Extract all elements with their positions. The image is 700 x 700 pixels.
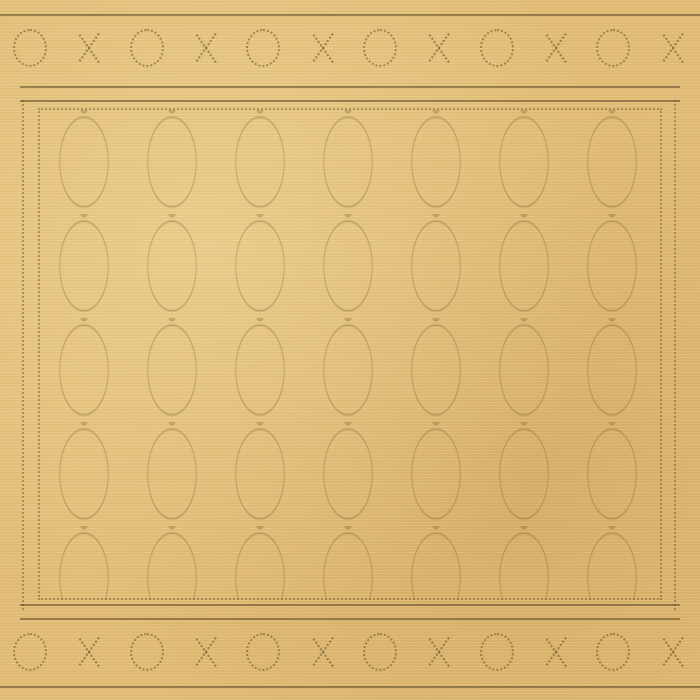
- cross-motif: [73, 635, 103, 669]
- inner-field: [38, 108, 662, 600]
- border-motif-row: [0, 26, 700, 70]
- oval-motif: [13, 633, 47, 671]
- oval-motif: [480, 633, 514, 671]
- border-line: [20, 86, 680, 88]
- border-line: [20, 604, 680, 606]
- cross-motif: [190, 635, 220, 669]
- cross-motif: [540, 635, 570, 669]
- cross-motif: [307, 31, 337, 65]
- bottom-border: [0, 600, 700, 700]
- oval-motif: [363, 29, 397, 67]
- top-border: [0, 0, 700, 100]
- oval-motif: [246, 633, 280, 671]
- cross-motif: [540, 31, 570, 65]
- oval-motif: [130, 633, 164, 671]
- cross-motif: [307, 635, 337, 669]
- cross-motif: [73, 31, 103, 65]
- oval-motif: [596, 29, 630, 67]
- oval-motif: [13, 29, 47, 67]
- cross-motif: [423, 31, 453, 65]
- cross-motif: [657, 635, 687, 669]
- oval-motif: [480, 29, 514, 67]
- border-line: [0, 686, 700, 688]
- oval-motif: [363, 633, 397, 671]
- border-line: [20, 618, 680, 620]
- cross-motif: [657, 31, 687, 65]
- oval-motif: [246, 29, 280, 67]
- cross-motif: [190, 31, 220, 65]
- rug-photo: [0, 0, 700, 700]
- oval-motif: [596, 633, 630, 671]
- left-border: [22, 100, 26, 610]
- border-line: [0, 14, 700, 16]
- right-border: [674, 100, 678, 610]
- oval-motif: [130, 29, 164, 67]
- cross-motif: [423, 635, 453, 669]
- border-motif-row: [0, 630, 700, 674]
- border-line: [20, 100, 680, 102]
